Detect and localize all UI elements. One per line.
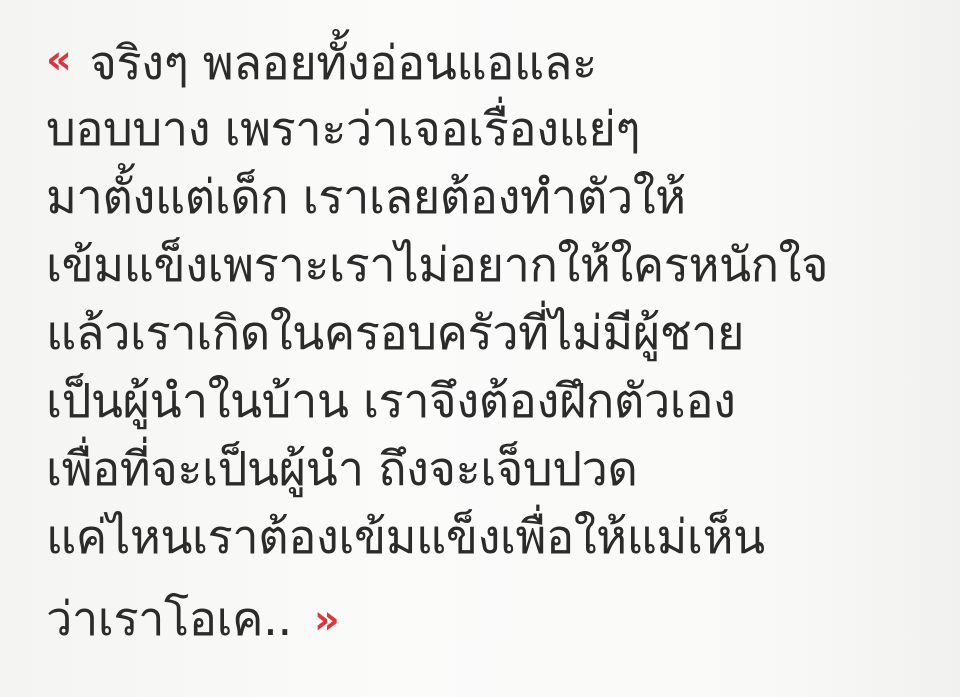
quote-line-4: เข้มแข็งเพราะเราไม่อยากให้ใครหนักใจ <box>46 232 828 300</box>
quote-line-6: เป็นผู้นำในบ้าน เราจึงต้องฝึกตัวเอง <box>46 368 736 436</box>
quote-text-line: แค่ไหนเราต้องเข้มแข็งเพื่อให้แม่เห็น <box>46 510 765 565</box>
magazine-page: «จริงๆ พลอยทั้งอ่อนแอและ บอบบาง เพราะว่า… <box>0 0 960 697</box>
quote-text-line: ว่าเราโอเค.. <box>46 592 292 647</box>
quote-line-9: ว่าเราโอเค..» <box>46 586 339 654</box>
quote-line-7: เพื่อที่จะเป็นผู้นำ ถึงจะเจ็บปวด <box>46 436 637 504</box>
quote-text-line: เป็นผู้นำในบ้าน เราจึงต้องฝึกตัวเอง <box>46 374 736 429</box>
quote-text-line: มาตั้งแต่เด็ก เราเลยต้องทำตัวให้ <box>46 170 686 225</box>
quote-line-8: แค่ไหนเราต้องเข้มแข็งเพื่อให้แม่เห็น <box>46 504 765 572</box>
quote-line-2: บอบบาง เพราะว่าเจอเรื่องแย่ๆ <box>46 96 640 164</box>
close-quote-mark-icon: » <box>314 586 339 654</box>
quote-text-line: บอบบาง เพราะว่าเจอเรื่องแย่ๆ <box>46 102 640 157</box>
quote-text-line: เข้มแข็งเพราะเราไม่อยากให้ใครหนักใจ <box>46 238 828 293</box>
quote-text-line: แล้วเราเกิดในครอบครัวที่ไม่มีผู้ชาย <box>46 306 744 361</box>
quote-line-3: มาตั้งแต่เด็ก เราเลยต้องทำตัวให้ <box>46 164 686 232</box>
quote-line-1: «จริงๆ พลอยทั้งอ่อนแอและ <box>46 30 597 98</box>
quote-text-line: เพื่อที่จะเป็นผู้นำ ถึงจะเจ็บปวด <box>46 442 637 497</box>
open-quote-mark-icon: « <box>46 26 71 94</box>
quote-line-5: แล้วเราเกิดในครอบครัวที่ไม่มีผู้ชาย <box>46 300 744 368</box>
quote-text-line: จริงๆ พลอยทั้งอ่อนแอและ <box>89 36 596 91</box>
